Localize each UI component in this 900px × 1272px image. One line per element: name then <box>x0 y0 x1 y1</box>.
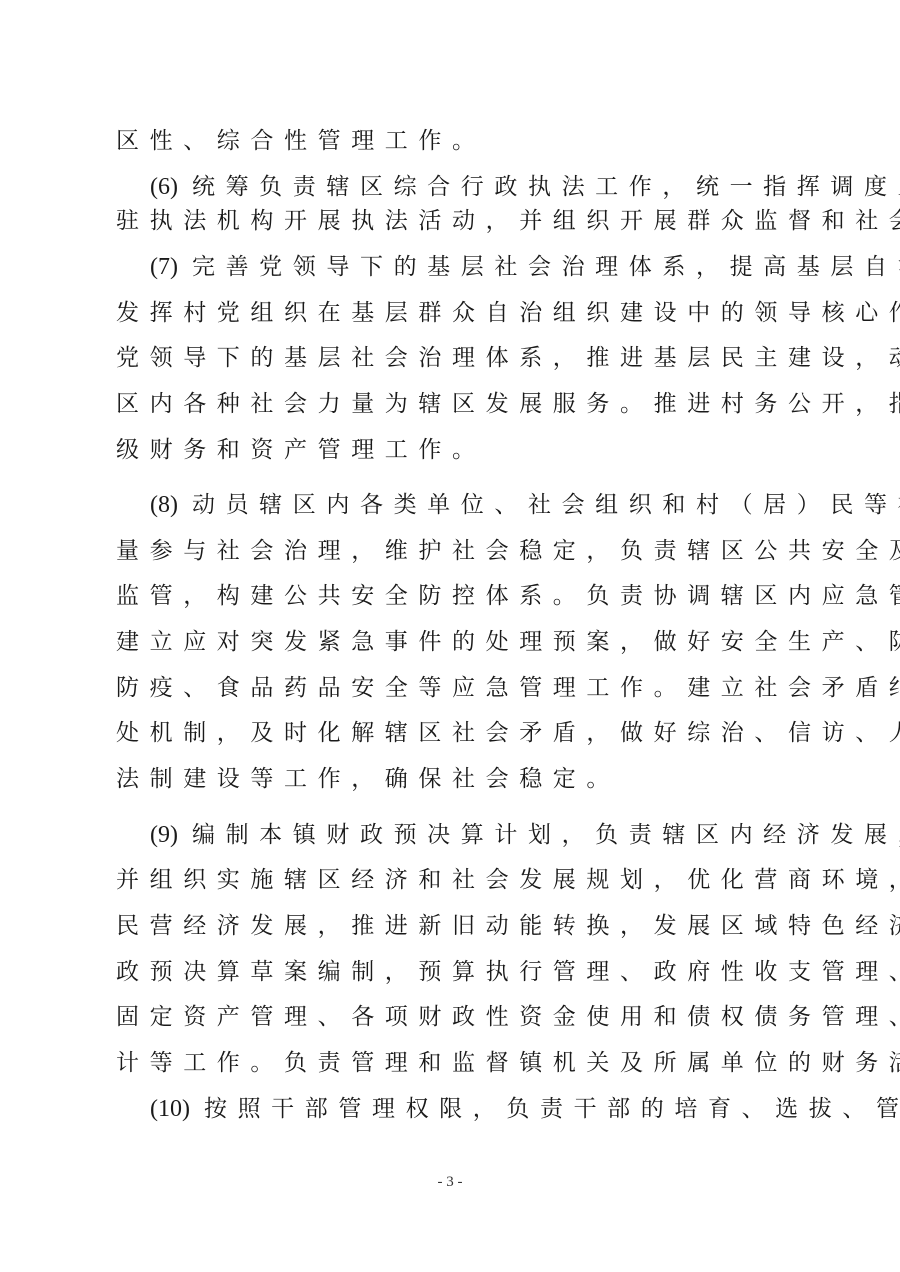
paragraph-start-line: (6)统筹负责辖区综合行政执法工作，统一指挥调度上级派 <box>150 170 806 204</box>
line-text: 民营经济发展，推进新旧动能转换，发展区域特色经济。承担财 <box>116 913 900 939</box>
item-number: (10) <box>150 1096 190 1122</box>
text-line: 政预决算草案编制，预算执行管理、政府性收支管理、政府采购、 <box>116 955 806 989</box>
item-number: (7) <box>150 254 178 280</box>
line-text: 监管，构建公共安全防控体系。负责协调辖区内应急管理工作， <box>116 583 900 609</box>
text-line: 并组织实施辖区经济和社会发展规划，优化营商环境，引导支持 <box>116 863 806 897</box>
line-text: 党领导下的基层社会治理体系，推进基层民主建设，动员整合辖 <box>116 345 900 371</box>
paragraph-start-line: (9)编制本镇财政预决算计划，负责辖区内经济发展，编制 <box>150 818 806 852</box>
text-line: 计等工作。负责管理和监督镇机关及所属单位的财务活动。 <box>116 1046 806 1080</box>
text-line: 量参与社会治理，维护社会稳定，负责辖区公共安全及安全生产 <box>116 534 806 568</box>
line-text: 建立应对突发紧急事件的处理预案，做好安全生产、防汛、防火、 <box>116 629 900 655</box>
text-line: 级财务和资产管理工作。 <box>116 433 806 467</box>
line-text: 防疫、食品药品安全等应急管理工作。建立社会矛盾纠纷排查调 <box>116 675 900 701</box>
text-line: 处机制，及时化解辖区社会矛盾，做好综治、信访、人民调解、 <box>116 716 806 750</box>
line-text: 区性、综合性管理工作。 <box>116 128 486 154</box>
line-text: 按照干部管理权限，负责干部的培育、选拔、管理和使 <box>204 1096 900 1122</box>
paragraph-start-line: (8)动员辖区内各类单位、社会组织和村（居）民等社会力 <box>150 488 806 522</box>
item-number: (9) <box>150 822 178 848</box>
line-text: 固定资产管理、各项财政性资金使用和债权债务管理、统计、审 <box>116 1004 900 1030</box>
item-number: (8) <box>150 492 178 518</box>
text-line: 驻执法机构开展执法活动，并组织开展群众监督和社会监督。 <box>116 204 806 238</box>
paragraph-start-line: (10)按照干部管理权限，负责干部的培育、选拔、管理和使 <box>150 1092 806 1126</box>
text-line: 固定资产管理、各项财政性资金使用和债权债务管理、统计、审 <box>116 1000 806 1034</box>
line-text: 法制建设等工作，确保社会稳定。 <box>116 766 620 792</box>
paragraph-start-line: (7)完善党领导下的基层社会治理体系，提高基层自治水平， <box>150 250 806 284</box>
text-line: 区性、综合性管理工作。 <box>116 124 806 158</box>
document-page: 区性、综合性管理工作。(6)统筹负责辖区综合行政执法工作，统一指挥调度上级派驻执… <box>0 0 900 1272</box>
text-line: 区内各种社会力量为辖区发展服务。推进村务公开，指导监督村 <box>116 387 806 421</box>
line-text: 发挥村党组织在基层群众自治组织建设中的领导核心作用，完善 <box>116 300 900 326</box>
line-text: 并组织实施辖区经济和社会发展规划，优化营商环境，引导支持 <box>116 867 900 893</box>
text-line: 监管，构建公共安全防控体系。负责协调辖区内应急管理工作， <box>116 579 806 613</box>
line-text: 级财务和资产管理工作。 <box>116 437 486 463</box>
line-text: 完善党领导下的基层社会治理体系，提高基层自治水平， <box>192 254 900 280</box>
line-text: 区内各种社会力量为辖区发展服务。推进村务公开，指导监督村 <box>116 391 900 417</box>
page-number: - 3 - <box>0 1174 900 1191</box>
line-text: 编制本镇财政预决算计划，负责辖区内经济发展，编制 <box>192 822 900 848</box>
line-text: 驻执法机构开展执法活动，并组织开展群众监督和社会监督。 <box>116 208 900 234</box>
item-number: (6) <box>150 174 178 200</box>
line-text: 动员辖区内各类单位、社会组织和村（居）民等社会力 <box>192 492 900 518</box>
line-text: 计等工作。负责管理和监督镇机关及所属单位的财务活动。 <box>116 1050 900 1076</box>
line-text: 处机制，及时化解辖区社会矛盾，做好综治、信访、人民调解、 <box>116 720 900 746</box>
text-line: 法制建设等工作，确保社会稳定。 <box>116 762 806 796</box>
text-line: 防疫、食品药品安全等应急管理工作。建立社会矛盾纠纷排查调 <box>116 671 806 705</box>
text-line: 建立应对突发紧急事件的处理预案，做好安全生产、防汛、防火、 <box>116 625 806 659</box>
line-text: 量参与社会治理，维护社会稳定，负责辖区公共安全及安全生产 <box>116 538 900 564</box>
text-line: 民营经济发展，推进新旧动能转换，发展区域特色经济。承担财 <box>116 909 806 943</box>
line-text: 政预决算草案编制，预算执行管理、政府性收支管理、政府采购、 <box>116 959 900 985</box>
text-line: 发挥村党组织在基层群众自治组织建设中的领导核心作用，完善 <box>116 296 806 330</box>
line-text: 统筹负责辖区综合行政执法工作，统一指挥调度上级派 <box>192 174 900 200</box>
text-line: 党领导下的基层社会治理体系，推进基层民主建设，动员整合辖 <box>116 341 806 375</box>
